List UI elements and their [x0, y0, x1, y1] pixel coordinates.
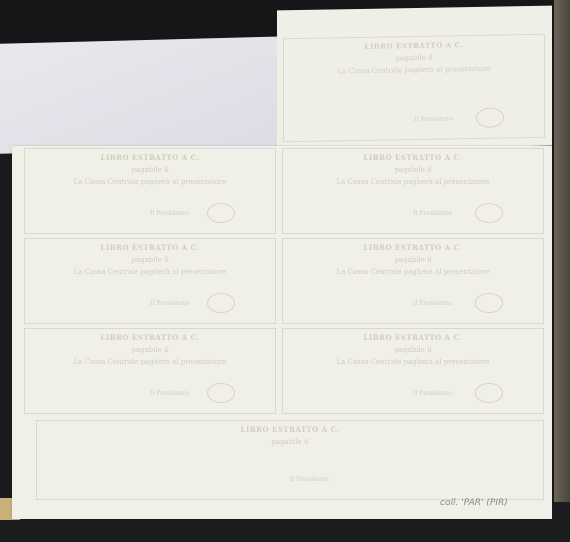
voucher: LIBRO ESTRATTO A C. pagabile il La Cassa…	[282, 238, 544, 324]
voucher-header: LIBRO ESTRATTO A C.	[284, 39, 544, 53]
voucher-line: pagabile il	[283, 166, 543, 174]
voucher: LIBRO ESTRATTO A C. pagabile il La Cassa…	[282, 328, 544, 414]
voucher-header: LIBRO ESTRATTO A C.	[283, 333, 543, 342]
mat-board	[0, 36, 290, 154]
voucher-line: pagabile il	[37, 438, 543, 446]
voucher-line: pagabile il	[25, 166, 275, 174]
voucher-signature: Il Presidente	[414, 115, 453, 123]
embossed-seal-icon	[475, 383, 503, 403]
voucher-header: LIBRO ESTRATTO A C.	[25, 333, 275, 342]
voucher: LIBRO ESTRATTO A C. pagabile il La Cassa…	[24, 148, 276, 234]
voucher-bottom: LIBRO ESTRATTO A C. pagabile il Il Presi…	[36, 420, 544, 500]
voucher-line: pagabile il	[284, 52, 544, 65]
embossed-seal-icon	[476, 107, 504, 127]
voucher: LIBRO ESTRATTO A C. pagabile il La Cassa…	[283, 34, 545, 143]
voucher-signature: Il Presidente	[413, 210, 452, 217]
voucher-header: LIBRO ESTRATTO A C.	[283, 153, 543, 162]
voucher: LIBRO ESTRATTO A C. pagabile il La Cassa…	[24, 328, 276, 414]
voucher-line: La Cassa Centrale pagherà al presentator…	[25, 268, 275, 276]
voucher: LIBRO ESTRATTO A C. pagabile il La Cassa…	[282, 148, 544, 234]
voucher-line: La Cassa Centrale pagherà al presentator…	[25, 358, 275, 366]
embossed-seal-icon	[475, 203, 503, 223]
voucher-line: pagabile il	[283, 346, 543, 354]
voucher-signature: Il Presidente	[150, 390, 189, 397]
embossed-seal-icon	[475, 293, 503, 313]
voucher-line: La Cassa Centrale pagherà al presentator…	[283, 358, 543, 366]
voucher-line: La Cassa Centrale pagherà al presentator…	[283, 178, 543, 186]
embossed-seal-icon	[207, 203, 235, 223]
voucher-line: pagabile il	[25, 346, 275, 354]
voucher-line: La Cassa Centrale pagherà al presentator…	[283, 268, 543, 276]
paper-sheet: LIBRO ESTRATTO A C. pagabile il La Cassa…	[12, 146, 552, 519]
voucher-signature: Il Presidente	[150, 210, 189, 217]
voucher-line: La Cassa Centrale pagherà al presentator…	[25, 178, 275, 186]
voucher-signature: Il Presidente	[413, 390, 452, 397]
voucher-header: LIBRO ESTRATTO A C.	[283, 243, 543, 252]
embossed-seal-icon	[207, 383, 235, 403]
voucher: LIBRO ESTRATTO A C. pagabile il La Cassa…	[24, 238, 276, 324]
voucher-header: LIBRO ESTRATTO A C.	[37, 425, 543, 434]
voucher-header: LIBRO ESTRATTO A C.	[25, 243, 275, 252]
voucher-header: LIBRO ESTRATTO A C.	[25, 153, 275, 162]
voucher-line: La Cassa Centrale pagherà al presentator…	[284, 64, 544, 77]
voucher-signature: Il Presidente	[150, 300, 189, 307]
voucher-signature: Il Presidente	[290, 476, 329, 483]
voucher-line: pagabile il	[25, 256, 275, 264]
embossed-seal-icon	[207, 293, 235, 313]
pencil-annotation: coll. 'PAR' (PIR)	[440, 498, 508, 508]
frame-right	[554, 0, 570, 542]
voucher-signature: Il Presidente	[413, 300, 452, 307]
voucher-line: pagabile il	[283, 256, 543, 264]
paper-sheet-top-piece: LIBRO ESTRATTO A C. pagabile il La Cassa…	[277, 6, 552, 151]
